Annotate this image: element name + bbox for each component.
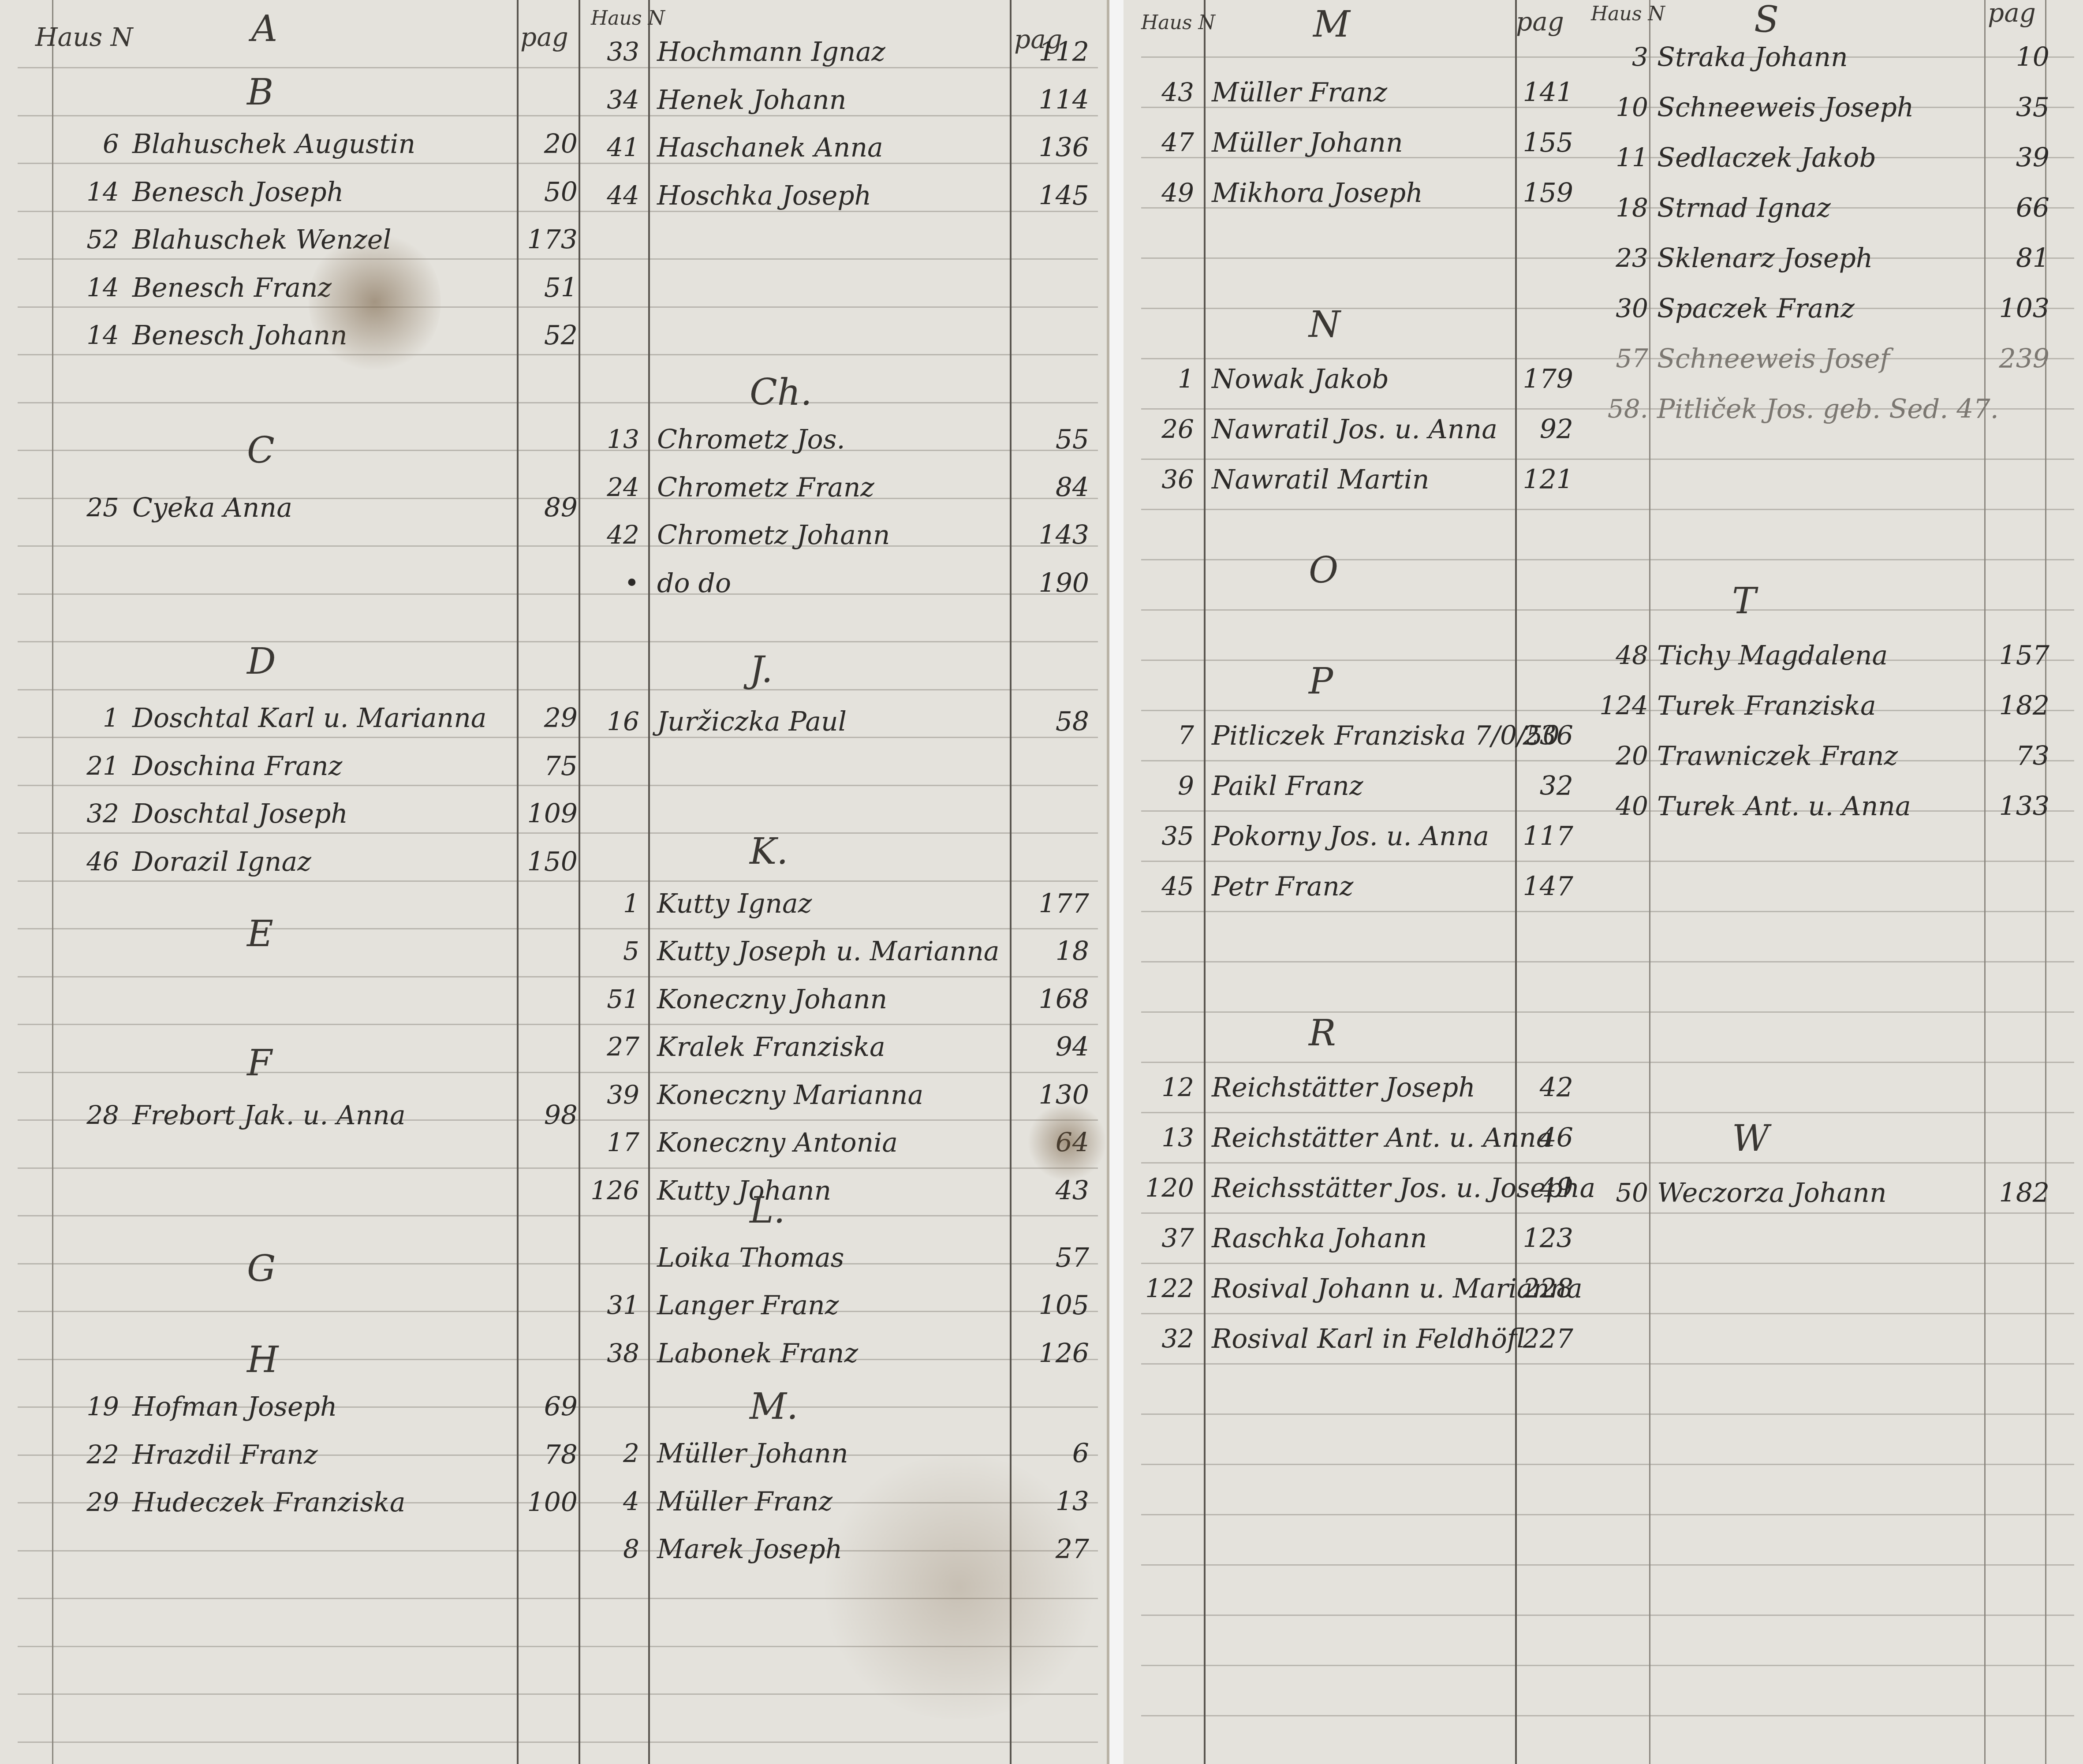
resident-name: Müller Johann <box>657 1440 848 1467</box>
ruled-line <box>18 1742 1098 1743</box>
house-number: 58. <box>1582 396 1648 421</box>
resident-name: Nowak Jakob <box>1212 366 1389 392</box>
resident-name: Koneczny Johann <box>657 986 887 1013</box>
page-header: pag <box>520 24 568 50</box>
house-number: 41 <box>582 134 639 160</box>
section-letter: M. <box>750 1389 798 1425</box>
page-reference: 177 <box>1014 891 1089 917</box>
resident-name: Blahuschek Augustin <box>132 131 415 157</box>
page-reference: 75 <box>511 753 578 779</box>
page-reference: 179 <box>1507 366 1573 392</box>
house-number: 27 <box>582 1034 639 1059</box>
resident-name: Frebort Jak. u. Anna <box>132 1102 406 1129</box>
resident-name: Kralek Franziska <box>657 1034 885 1060</box>
page-reference: 145 <box>1014 183 1089 209</box>
ruled-line <box>18 450 1098 451</box>
ruled-line <box>18 1263 1098 1264</box>
house-number: 25 <box>13 495 119 520</box>
house-number: 23 <box>1582 245 1648 271</box>
house-number: 35 <box>1132 823 1194 849</box>
house-number: 3 <box>1582 44 1648 70</box>
page-reference: 190 <box>1014 570 1089 597</box>
resident-name: Müller Franz <box>657 1488 832 1515</box>
house-number: 57 <box>1582 346 1648 371</box>
ruled-line <box>1141 1514 2074 1515</box>
page-reference: 46 <box>1507 1125 1573 1151</box>
house-number: 34 <box>582 87 639 112</box>
page-reference: 136 <box>1014 134 1089 161</box>
house-number: 8 <box>582 1536 639 1562</box>
name-column-rule <box>648 0 650 1764</box>
page-reference: 58 <box>1014 709 1089 735</box>
page-reference: 81 <box>1983 245 2049 272</box>
section-letter: T <box>1732 583 1756 619</box>
house-number: 5 <box>582 938 639 964</box>
page-reference: 57 <box>1014 1245 1089 1271</box>
page-reference: 52 <box>511 322 578 349</box>
name-column-rule <box>1649 0 1650 1764</box>
page-reference: 126 <box>1014 1340 1089 1367</box>
page-reference: 39 <box>1983 145 2049 171</box>
resident-name: Dorazil Ignaz <box>132 849 311 875</box>
resident-name: Tichy Magdalena <box>1657 642 1888 669</box>
section-letter: R <box>1309 1015 1336 1052</box>
house-number: 122 <box>1132 1275 1194 1301</box>
page-reference: 18 <box>1014 938 1089 965</box>
house-column-rule <box>579 0 580 1764</box>
ruled-line <box>18 1311 1098 1312</box>
resident-name: Sedlaczek Jakob <box>1657 145 1876 171</box>
section-letter: G <box>247 1251 276 1287</box>
page-reference: 78 <box>511 1442 578 1468</box>
page-reference: 100 <box>511 1489 578 1516</box>
section-letter: B <box>247 75 273 111</box>
ruled-line <box>1141 609 2074 611</box>
house-number: 33 <box>582 39 639 64</box>
page-reference: 20 <box>511 131 578 157</box>
ink-stain <box>309 229 441 375</box>
ruled-line <box>18 258 1098 260</box>
section-letter: J. <box>750 652 773 688</box>
house-number: 32 <box>1132 1326 1194 1351</box>
page-reference: 114 <box>1014 87 1089 113</box>
page-reference: 147 <box>1507 873 1573 900</box>
house-number: 126 <box>582 1178 639 1203</box>
page-reference: 84 <box>1014 474 1089 501</box>
resident-name: Hoschka Joseph <box>657 183 871 209</box>
ruled-line <box>18 880 1098 882</box>
resident-name: Strnad Ignaz <box>1657 195 1831 221</box>
section-letter: W <box>1732 1121 1769 1157</box>
resident-name: Straka Johann <box>1657 44 1848 71</box>
resident-name: Juržiczka Paul <box>657 709 847 735</box>
resident-name: Pitliček Jos. geb. Sed. 47. <box>1657 396 1999 422</box>
page-reference: 155 <box>1507 130 1573 156</box>
house-number: 120 <box>1132 1175 1194 1201</box>
ruled-line <box>1141 509 2074 510</box>
resident-name: Hochmann Ignaz <box>657 39 885 65</box>
section-letter: M <box>1313 7 1350 43</box>
resident-name: Marek Joseph <box>657 1536 842 1563</box>
resident-name: Chrometz Johann <box>657 522 890 548</box>
resident-name: Cyeka Anna <box>132 495 292 521</box>
ruled-line <box>18 737 1098 738</box>
page-reference: 121 <box>1507 466 1573 493</box>
ruled-line <box>18 1072 1098 1073</box>
house-number: 29 <box>13 1489 119 1515</box>
ruled-line <box>18 1359 1098 1360</box>
resident-name: Pokorny Jos. u. Anna <box>1212 823 1489 850</box>
ruled-line <box>1141 1413 2074 1415</box>
page-reference: 173 <box>511 227 578 253</box>
ruled-line <box>18 689 1098 690</box>
resident-name: Reichstätter Ant. u. Anna <box>1212 1125 1552 1151</box>
page-reference: 159 <box>1507 180 1573 206</box>
page-reference: 228 <box>1507 1275 1573 1302</box>
page-reference: 50 <box>511 179 578 205</box>
page-gutter <box>1109 0 1124 1764</box>
house-number: 36 <box>1132 466 1194 492</box>
resident-name: Koneczny Marianna <box>657 1082 923 1108</box>
page-reference: 109 <box>511 801 578 827</box>
house-number: 24 <box>582 474 639 500</box>
ruled-line <box>18 354 1098 355</box>
resident-name: Kutty Ignaz <box>657 891 812 917</box>
section-letter: D <box>247 644 276 680</box>
house-number: 2 <box>582 1440 639 1466</box>
right-page: Haus N M pag Haus N S pag 43Müller Franz… <box>1124 0 2083 1764</box>
house-number: 28 <box>13 1102 119 1128</box>
ruled-line <box>1141 1665 2074 1666</box>
ruled-line <box>18 976 1098 977</box>
house-number: 40 <box>1582 793 1648 819</box>
resident-name: Hudeczek Franziska <box>132 1489 405 1516</box>
ruled-line <box>18 306 1098 308</box>
resident-name: Hofman Joseph <box>132 1394 337 1420</box>
page-reference: 89 <box>511 495 578 521</box>
resident-name: Weczorza Johann <box>1657 1180 1887 1206</box>
ruled-line <box>18 211 1098 212</box>
resident-name: Raschka Johann <box>1212 1225 1427 1252</box>
page-header: pag <box>1516 9 1564 34</box>
page-reference: 94 <box>1014 1034 1089 1060</box>
resident-name: Kutty Joseph u. Marianna <box>657 938 1000 965</box>
ruled-line <box>18 402 1098 403</box>
house-number: 47 <box>1132 130 1194 155</box>
resident-name: Doschtal Karl u. Marianna <box>132 705 487 731</box>
ruled-line <box>18 1215 1098 1216</box>
page-reference: 32 <box>1507 773 1573 799</box>
house-number: 9 <box>1132 773 1194 798</box>
ruled-line <box>1141 1363 2074 1365</box>
ruled-line <box>18 1167 1098 1169</box>
house-number: 13 <box>1132 1125 1194 1150</box>
page-reference: 43 <box>1014 1178 1089 1204</box>
ruled-line <box>1141 911 2074 912</box>
page-reference: 98 <box>511 1102 578 1129</box>
page-reference: 182 <box>1983 693 2049 719</box>
house-number: 50 <box>1582 1180 1648 1205</box>
page-reference: 236 <box>1507 723 1573 749</box>
section-letter: P <box>1309 664 1333 700</box>
resident-name: Koneczny Antonia <box>657 1130 898 1156</box>
house-number: 51 <box>582 986 639 1012</box>
resident-name: Petr Franz <box>1212 873 1353 900</box>
ruled-line <box>18 593 1098 595</box>
page-reference: 117 <box>1507 823 1573 850</box>
page-reference: 73 <box>1983 743 2049 769</box>
house-number: 124 <box>1582 693 1648 718</box>
page-reference: 35 <box>1983 94 2049 121</box>
house-number: 38 <box>582 1340 639 1366</box>
house-no-header: Haus N <box>591 9 665 28</box>
section-letter: S <box>1754 2 1779 38</box>
ruled-line <box>18 67 1098 68</box>
page-reference: 10 <box>1983 44 2049 71</box>
section-letter: Ch. <box>750 375 812 411</box>
house-number: 14 <box>13 275 119 300</box>
section-letter: K. <box>750 834 788 870</box>
resident-name: Doschtal Joseph <box>132 801 348 827</box>
ruled-line <box>1141 961 2074 962</box>
page-reference: 133 <box>1983 793 2049 820</box>
page-reference: 150 <box>511 849 578 875</box>
ruled-line <box>1141 1615 2074 1616</box>
house-number: 30 <box>1582 295 1648 321</box>
house-number: 32 <box>13 801 119 826</box>
house-number: 1 <box>582 891 639 916</box>
section-letter: O <box>1309 553 1338 589</box>
ruled-line <box>1141 1062 2074 1063</box>
ruled-line <box>18 785 1098 786</box>
resident-name: Langer Franz <box>657 1292 839 1319</box>
resident-name: Chrometz Franz <box>657 474 874 501</box>
page-reference: 227 <box>1507 1326 1573 1352</box>
house-number: 6 <box>13 131 119 157</box>
house-number: 14 <box>13 322 119 348</box>
house-number: 11 <box>1582 145 1648 170</box>
house-number: 1 <box>1132 366 1194 392</box>
house-no-header: Haus N <box>35 24 133 50</box>
ruled-line <box>1141 1263 2074 1264</box>
resident-name: Benesch Franz <box>132 275 332 301</box>
page-reference: 66 <box>1983 195 2049 221</box>
resident-name: Nawratil Jos. u. Anna <box>1212 416 1497 443</box>
page-reference: 105 <box>1014 1292 1089 1319</box>
page-reference: 182 <box>1983 1180 2049 1206</box>
page-reference: 168 <box>1014 986 1089 1013</box>
ruled-line <box>1141 1011 2074 1013</box>
page-reference: 92 <box>1507 416 1573 443</box>
page-reference: 49 <box>1507 1175 1573 1201</box>
house-number: 49 <box>1132 180 1194 205</box>
ruled-line <box>18 928 1098 929</box>
page-reference: 103 <box>1983 295 2049 322</box>
ruled-line <box>1141 459 2074 460</box>
house-number: 31 <box>582 1292 639 1318</box>
section-letter: A <box>251 11 277 47</box>
resident-name: Sklenarz Joseph <box>1657 245 1873 272</box>
resident-name: Trawniczek Franz <box>1657 743 1898 769</box>
section-letter: N <box>1309 307 1340 343</box>
resident-name: Kutty Johann <box>657 1178 831 1204</box>
page-reference: 112 <box>1014 39 1089 65</box>
resident-name: Hrazdil Franz <box>132 1442 318 1468</box>
page-reference: 29 <box>511 705 578 731</box>
house-number: 17 <box>582 1130 639 1155</box>
ruled-line <box>1141 861 2074 862</box>
resident-name: Mikhora Joseph <box>1212 180 1423 206</box>
page-reference: 42 <box>1507 1074 1573 1101</box>
ruled-line <box>18 163 1098 164</box>
ruled-line <box>18 832 1098 834</box>
house-number: 14 <box>13 179 119 205</box>
house-number: 44 <box>582 183 639 208</box>
house-no-header: Haus N <box>1591 4 1665 24</box>
section-letter: L. <box>750 1193 785 1229</box>
house-no-header: Haus N <box>1141 13 1215 33</box>
resident-name: Spaczek Franz <box>1657 295 1855 322</box>
house-number: 45 <box>1132 873 1194 899</box>
resident-name: Turek Franziska <box>1657 693 1876 719</box>
house-number: 42 <box>582 522 639 548</box>
ruled-line <box>18 1024 1098 1025</box>
house-number: 39 <box>582 1082 639 1108</box>
resident-name: Rosival Karl in Feldhöfl <box>1212 1326 1525 1352</box>
house-number: 26 <box>1132 416 1194 442</box>
page-reference: 51 <box>511 275 578 301</box>
resident-name: Müller Franz <box>1212 79 1387 106</box>
house-number: 48 <box>1582 642 1648 668</box>
house-number: 43 <box>1132 79 1194 105</box>
house-number: 16 <box>582 709 639 734</box>
resident-name: do do <box>657 570 731 597</box>
ink-stain <box>1027 1102 1107 1182</box>
resident-name: Reichstätter Joseph <box>1212 1074 1475 1101</box>
page-reference: 157 <box>1983 642 2049 669</box>
page-reference: 239 <box>1983 346 2049 372</box>
section-letter: F <box>247 1045 272 1082</box>
page-reference: 123 <box>1507 1225 1573 1252</box>
house-column-rule <box>1204 0 1206 1764</box>
house-number: 20 <box>1582 743 1648 768</box>
ruled-line <box>1141 1715 2074 1716</box>
ruled-line <box>18 545 1098 547</box>
ruled-line <box>18 641 1098 642</box>
ruled-line <box>1141 559 2074 560</box>
house-number: 22 <box>13 1442 119 1467</box>
house-number: 4 <box>582 1488 639 1514</box>
house-number: 7 <box>1132 723 1194 748</box>
water-stain <box>816 1455 1102 1719</box>
resident-name: Labonek Franz <box>657 1340 858 1367</box>
left-page: Haus N A pag Haus N pag B6Blahuschek Aug… <box>0 0 1109 1764</box>
page-header: pag <box>1988 0 2036 26</box>
resident-name: Nawratil Martin <box>1212 466 1429 493</box>
section-letter: C <box>247 433 275 469</box>
resident-name: Schneeweis Joseph <box>1657 94 1914 121</box>
resident-name: Loika Thomas <box>657 1245 844 1271</box>
house-number: 52 <box>13 227 119 252</box>
house-number: 21 <box>13 753 119 779</box>
resident-name: Müller Johann <box>1212 130 1403 156</box>
house-number: 13 <box>582 426 639 452</box>
page-reference: 141 <box>1507 79 1573 106</box>
ruled-line <box>1141 1112 2074 1113</box>
section-letter: H <box>247 1342 279 1378</box>
resident-name: Chrometz Jos. <box>657 426 845 453</box>
ruled-line <box>18 115 1098 116</box>
ruled-line <box>1141 1162 2074 1164</box>
resident-name: Doschina Franz <box>132 753 342 779</box>
resident-name: Henek Johann <box>657 87 846 113</box>
page-reference: 143 <box>1014 522 1089 548</box>
resident-name: Haschanek Anna <box>657 134 883 161</box>
page-reference: 69 <box>511 1394 578 1420</box>
ruled-line <box>1141 1313 2074 1314</box>
house-number: 1 <box>13 705 119 731</box>
section-letter: E <box>247 916 273 952</box>
house-number: 46 <box>13 849 119 874</box>
house-number: 10 <box>1582 94 1648 120</box>
ruled-line <box>1141 1564 2074 1566</box>
page-reference: 6 <box>1014 1440 1089 1467</box>
ruled-line <box>1141 1212 2074 1214</box>
page-reference: 55 <box>1014 426 1089 453</box>
house-number: 37 <box>1132 1225 1194 1251</box>
resident-name: Schneeweis Josef <box>1657 346 1890 372</box>
resident-name: Turek Ant. u. Anna <box>1657 793 1911 820</box>
ruled-line <box>1141 1464 2074 1465</box>
house-number: 19 <box>13 1394 119 1419</box>
house-number: 12 <box>1132 1074 1194 1100</box>
resident-name: Benesch Joseph <box>132 179 343 205</box>
resident-name: Paikl Franz <box>1212 773 1363 799</box>
house-number: 18 <box>1582 195 1648 220</box>
house-number: • <box>582 570 639 596</box>
